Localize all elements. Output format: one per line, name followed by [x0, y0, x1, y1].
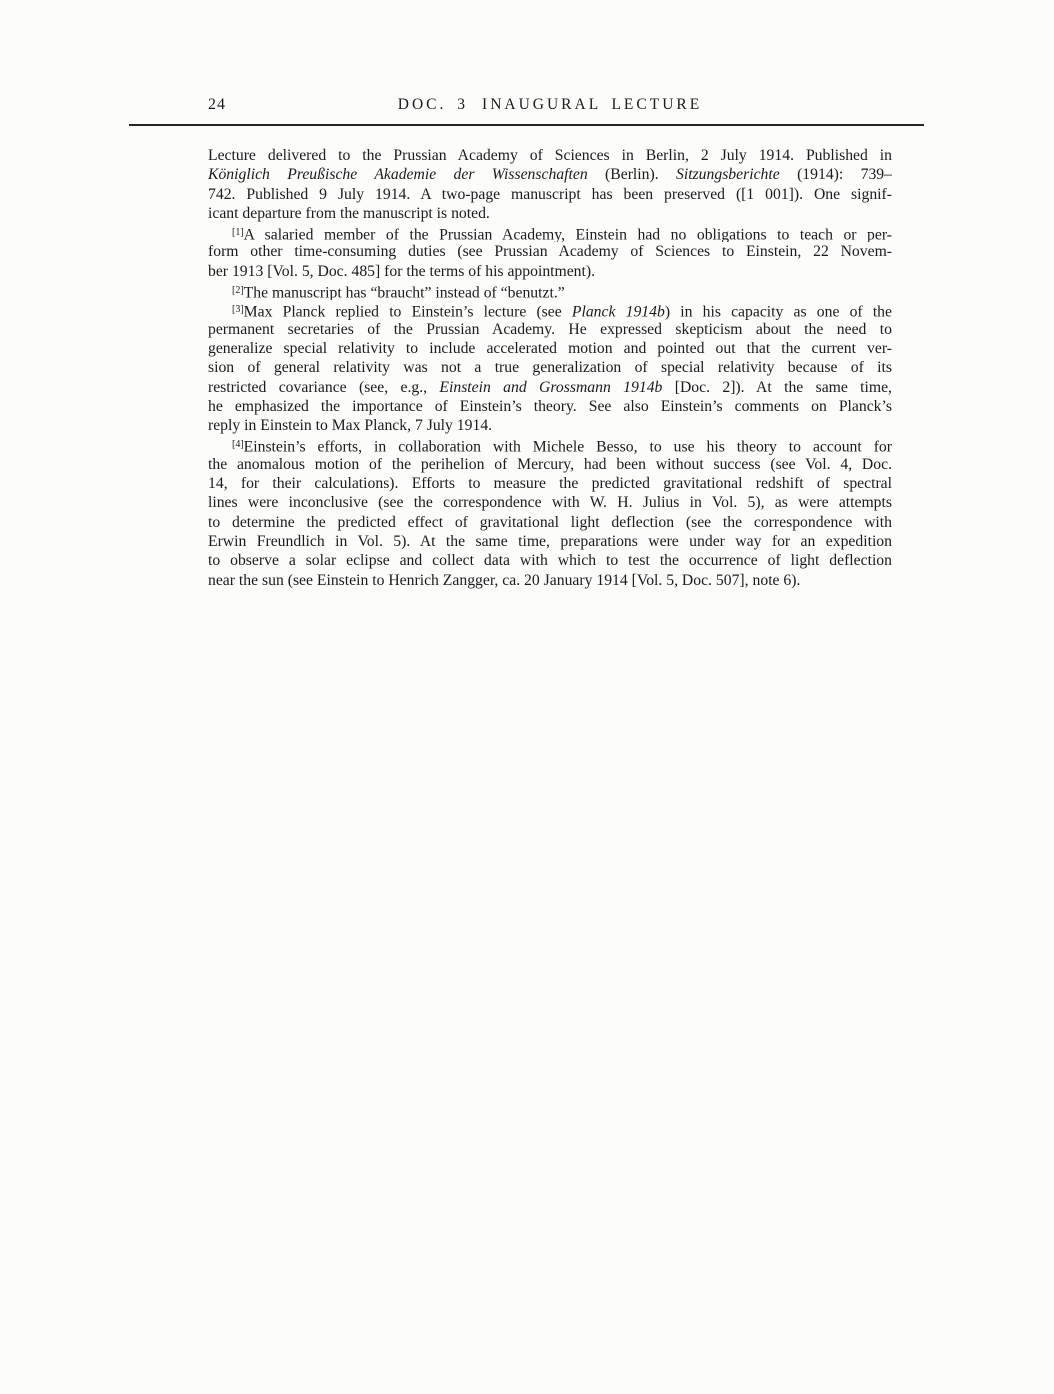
- text-line: Königlich Preußische Akademie der Wissen…: [208, 165, 892, 184]
- citation-italic: Sitzungsberichte: [676, 166, 780, 183]
- text-line: 14, for their calculations). Efforts to …: [208, 474, 892, 493]
- text-segment: reply in Einstein to Max Planck, 7 July …: [208, 417, 492, 434]
- text-segment: lines were inconclusive (see the corresp…: [208, 494, 892, 511]
- text-segment: near the sun (see Einstein to Henrich Za…: [208, 572, 800, 589]
- text-segment: to observe a solar eclipse and collect d…: [208, 552, 892, 569]
- text-segment: [Doc. 2]). At the same time,: [662, 379, 892, 396]
- text-segment: sion of general relativity was not a tru…: [208, 359, 892, 376]
- footnote-marker: [2]: [232, 285, 244, 296]
- text-line: to determine the predicted effect of gra…: [208, 513, 892, 532]
- text-segment: ) in his capacity as one of the: [665, 304, 892, 320]
- text-segment: The manuscript has “braucht” instead of …: [244, 285, 565, 301]
- text-line: [3]Max Planck replied to Einstein’s lect…: [208, 300, 892, 319]
- text-segment: Lecture delivered to the Prussian Academ…: [208, 147, 892, 164]
- text-segment: to determine the predicted effect of gra…: [208, 514, 892, 531]
- text-segment: the anomalous motion of the perihelion o…: [208, 456, 892, 473]
- text-segment: (1914): 739–: [780, 166, 892, 183]
- text-segment: ber 1913 [Vol. 5, Doc. 485] for the term…: [208, 263, 595, 280]
- text-segment: permanent secretaries of the Prussian Ac…: [208, 321, 892, 338]
- running-head: DOC. 3INAUGURAL LECTURE: [208, 96, 892, 114]
- text-line: Erwin Freundlich in Vol. 5). At the same…: [208, 532, 892, 551]
- text-segment: restricted covariance (see, e.g.,: [208, 379, 439, 396]
- scanned-book-page: 24 DOC. 3INAUGURAL LECTURE Lecture deliv…: [0, 0, 1054, 1394]
- footnote-marker: [4]: [232, 439, 244, 450]
- text-line: [4]Einstein’s efforts, in collaboration …: [208, 435, 892, 454]
- citation-italic: Königlich Preußische Akademie der Wissen…: [208, 166, 588, 183]
- text-line: generalize special relativity to include…: [208, 339, 892, 358]
- text-line: [1]A salaried member of the Prussian Aca…: [208, 223, 892, 242]
- text-line: 742. Published 9 July 1914. A two-page m…: [208, 185, 892, 204]
- citation-italic: Einstein and Grossmann 1914b: [439, 379, 662, 396]
- text-line: [2]The manuscript has “braucht” instead …: [208, 281, 892, 300]
- running-head-doc-label: DOC. 3: [398, 96, 468, 113]
- text-segment: 14, for their calculations). Efforts to …: [208, 475, 892, 492]
- text-segment: Einstein’s efforts, in collaboration wit…: [244, 439, 892, 455]
- text-line: near the sun (see Einstein to Henrich Za…: [208, 571, 892, 590]
- text-line: ber 1913 [Vol. 5, Doc. 485] for the term…: [208, 262, 892, 281]
- text-segment: generalize special relativity to include…: [208, 340, 892, 357]
- footnote-marker: [1]: [232, 227, 244, 238]
- text-segment: icant departure from the manuscript is n…: [208, 205, 490, 222]
- running-head-title: INAUGURAL LECTURE: [482, 96, 702, 113]
- text-line: icant departure from the manuscript is n…: [208, 204, 892, 223]
- text-line: form other time-consuming duties (see Pr…: [208, 242, 892, 261]
- text-line: the anomalous motion of the perihelion o…: [208, 455, 892, 474]
- text-line: to observe a solar eclipse and collect d…: [208, 551, 892, 570]
- text-segment: Max Planck replied to Einstein’s lecture…: [244, 304, 572, 320]
- text-segment: form other time-consuming duties (see Pr…: [208, 243, 892, 260]
- text-line: permanent secretaries of the Prussian Ac…: [208, 320, 892, 339]
- citation-italic: Planck 1914b: [572, 304, 665, 320]
- text-line: reply in Einstein to Max Planck, 7 July …: [208, 416, 892, 435]
- text-line: restricted covariance (see, e.g., Einste…: [208, 378, 892, 397]
- text-segment: he emphasized the importance of Einstein…: [208, 398, 892, 415]
- document-body: Lecture delivered to the Prussian Academ…: [208, 146, 892, 590]
- footnote-marker: [3]: [232, 304, 244, 315]
- text-line: lines were inconclusive (see the corresp…: [208, 493, 892, 512]
- text-line: Lecture delivered to the Prussian Academ…: [208, 146, 892, 165]
- text-line: sion of general relativity was not a tru…: [208, 358, 892, 377]
- text-line: he emphasized the importance of Einstein…: [208, 397, 892, 416]
- header-rule: [129, 124, 924, 126]
- text-segment: A salaried member of the Prussian Academ…: [244, 227, 892, 243]
- text-segment: 742. Published 9 July 1914. A two-page m…: [208, 186, 892, 203]
- text-segment: (Berlin).: [588, 166, 676, 183]
- text-segment: Erwin Freundlich in Vol. 5). At the same…: [208, 533, 892, 550]
